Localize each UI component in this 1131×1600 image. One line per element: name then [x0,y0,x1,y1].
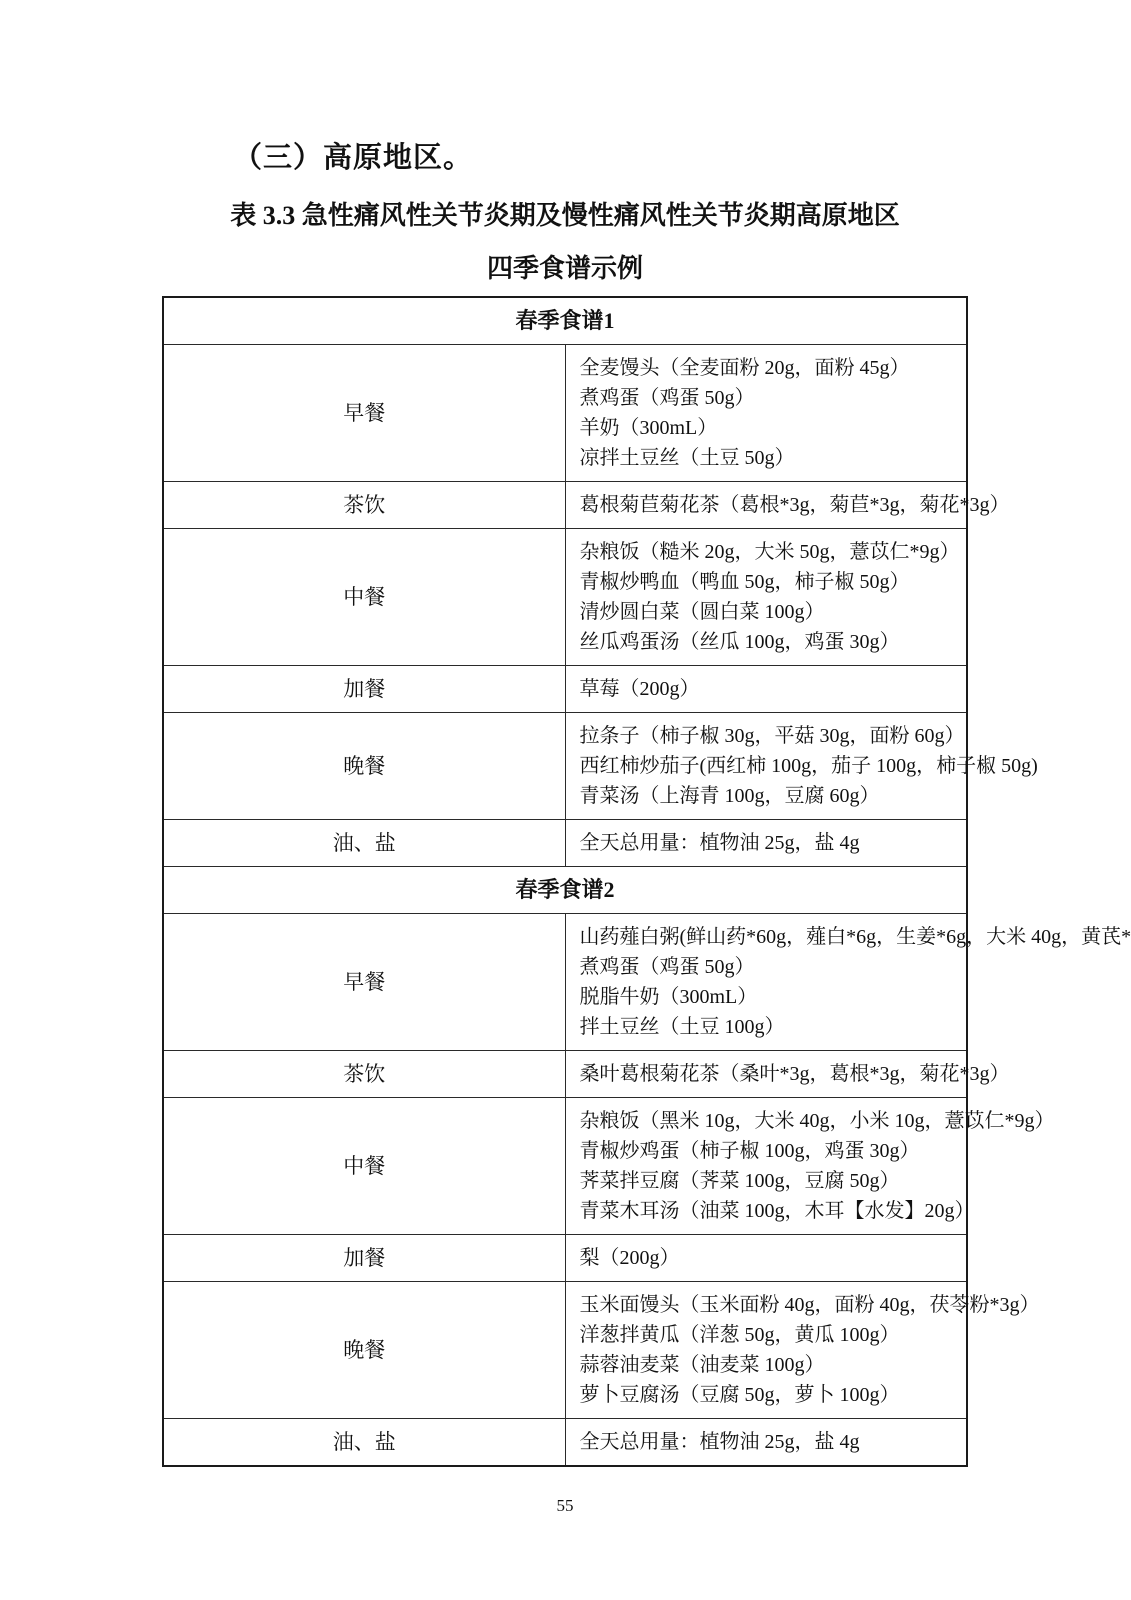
meal-content: 梨（200g） [565,1235,967,1282]
meal-row: 加餐草莓（200g） [163,666,967,713]
menu-table: 春季食谱1早餐全麦馒头（全麦面粉 20g，面粉 45g）煮鸡蛋（鸡蛋 50g）羊… [162,296,968,1467]
meal-content: 玉米面馒头（玉米面粉 40g，面粉 40g，茯苓粉*3g）洋葱拌黄瓜（洋葱 50… [565,1282,967,1419]
meal-content: 全麦馒头（全麦面粉 20g，面粉 45g）煮鸡蛋（鸡蛋 50g）羊奶（300mL… [565,345,967,482]
dish-line: 拌土豆丝（土豆 100g） [580,1012,961,1042]
dish-line: 全麦馒头（全麦面粉 20g，面粉 45g） [580,353,961,383]
dish-line: 青菜木耳汤（油菜 100g，木耳【水发】20g） [580,1196,961,1226]
meal-content: 杂粮饭（黑米 10g，大米 40g，小米 10g，薏苡仁*9g）青椒炒鸡蛋（柿子… [565,1098,967,1235]
meal-row: 晚餐玉米面馒头（玉米面粉 40g，面粉 40g，茯苓粉*3g）洋葱拌黄瓜（洋葱 … [163,1282,967,1419]
meal-label: 中餐 [163,529,565,666]
dish-line: 煮鸡蛋（鸡蛋 50g） [580,383,961,413]
meal-label: 茶饮 [163,482,565,529]
meal-label: 晚餐 [163,713,565,820]
meal-row: 晚餐拉条子（柿子椒 30g，平菇 30g，面粉 60g）西红柿炒茄子(西红柿 1… [163,713,967,820]
dish-line: 杂粮饭（黑米 10g，大米 40g，小米 10g，薏苡仁*9g） [580,1106,961,1136]
table-caption-line1: 表 3.3 急性痛风性关节炎期及慢性痛风性关节炎期高原地区 [162,200,968,232]
meal-label: 中餐 [163,1098,565,1235]
menu-section-title: 春季食谱1 [163,297,967,345]
dish-line: 丝瓜鸡蛋汤（丝瓜 100g，鸡蛋 30g） [580,627,961,657]
dish-line: 全天总用量：植物油 25g，盐 4g [580,1427,961,1457]
dish-line: 清炒圆白菜（圆白菜 100g） [580,597,961,627]
meal-label: 油、盐 [163,820,565,867]
menu-section-title: 春季食谱2 [163,867,967,914]
section-heading: （三）高原地区。 [0,0,1131,176]
dish-line: 煮鸡蛋（鸡蛋 50g） [580,952,961,982]
meal-label: 加餐 [163,1235,565,1282]
meal-content: 拉条子（柿子椒 30g，平菇 30g，面粉 60g）西红柿炒茄子(西红柿 100… [565,713,967,820]
meal-content: 山药薤白粥(鲜山药*60g，薤白*6g，生姜*6g，大米 40g，黄芪*9g)煮… [565,914,967,1051]
meal-label: 早餐 [163,345,565,482]
meal-row: 中餐杂粮饭（糙米 20g，大米 50g，薏苡仁*9g）青椒炒鸭血（鸭血 50g，… [163,529,967,666]
dish-line: 荠菜拌豆腐（荠菜 100g，豆腐 50g） [580,1166,961,1196]
dish-line: 洋葱拌黄瓜（洋葱 50g，黄瓜 100g） [580,1320,961,1350]
meal-content: 桑叶葛根菊花茶（桑叶*3g，葛根*3g，菊花*3g） [565,1051,967,1098]
meal-row: 油、盐全天总用量：植物油 25g，盐 4g [163,820,967,867]
menu-table-body: 春季食谱1早餐全麦馒头（全麦面粉 20g，面粉 45g）煮鸡蛋（鸡蛋 50g）羊… [163,297,967,1466]
meal-label: 早餐 [163,914,565,1051]
dish-line: 桑叶葛根菊花茶（桑叶*3g，葛根*3g，菊花*3g） [580,1059,961,1089]
meal-label: 加餐 [163,666,565,713]
meal-row: 早餐山药薤白粥(鲜山药*60g，薤白*6g，生姜*6g，大米 40g，黄芪*9g… [163,914,967,1051]
meal-row: 加餐梨（200g） [163,1235,967,1282]
dish-line: 羊奶（300mL） [580,413,961,443]
meal-label: 晚餐 [163,1282,565,1419]
dish-line: 青椒炒鸭血（鸭血 50g，柿子椒 50g） [580,567,961,597]
menu-section-header-row: 春季食谱1 [163,297,967,345]
meal-row: 中餐杂粮饭（黑米 10g，大米 40g，小米 10g，薏苡仁*9g）青椒炒鸡蛋（… [163,1098,967,1235]
meal-row: 油、盐全天总用量：植物油 25g，盐 4g [163,1419,967,1467]
meal-content: 葛根菊苣菊花茶（葛根*3g，菊苣*3g，菊花*3g） [565,482,967,529]
dish-line: 蒜蓉油麦菜（油麦菜 100g） [580,1350,961,1380]
dish-line: 凉拌土豆丝（土豆 50g） [580,443,961,473]
dish-line: 葛根菊苣菊花茶（葛根*3g，菊苣*3g，菊花*3g） [580,490,961,520]
meal-row: 茶饮葛根菊苣菊花茶（葛根*3g，菊苣*3g，菊花*3g） [163,482,967,529]
meal-content: 全天总用量：植物油 25g，盐 4g [565,1419,967,1467]
page-number: 55 [162,1495,968,1517]
dish-line: 梨（200g） [580,1243,961,1273]
table-caption: 表 3.3 急性痛风性关节炎期及慢性痛风性关节炎期高原地区 四季食谱示例 [162,200,968,285]
dish-line: 拉条子（柿子椒 30g，平菇 30g，面粉 60g） [580,721,961,751]
meal-label: 油、盐 [163,1419,565,1467]
dish-line: 青菜汤（上海青 100g，豆腐 60g） [580,781,961,811]
dish-line: 全天总用量：植物油 25g，盐 4g [580,828,961,858]
meal-content: 杂粮饭（糙米 20g，大米 50g，薏苡仁*9g）青椒炒鸭血（鸭血 50g，柿子… [565,529,967,666]
dish-line: 草莓（200g） [580,674,961,704]
document-page: （三）高原地区。 表 3.3 急性痛风性关节炎期及慢性痛风性关节炎期高原地区 四… [0,0,1131,1600]
dish-line: 西红柿炒茄子(西红柿 100g，茄子 100g，柿子椒 50g) [580,751,961,781]
table-caption-line2: 四季食谱示例 [162,253,968,285]
dish-line: 青椒炒鸡蛋（柿子椒 100g，鸡蛋 30g） [580,1136,961,1166]
dish-line: 脱脂牛奶（300mL） [580,982,961,1012]
menu-section-header-row: 春季食谱2 [163,867,967,914]
dish-line: 玉米面馒头（玉米面粉 40g，面粉 40g，茯苓粉*3g） [580,1290,961,1320]
meal-content: 全天总用量：植物油 25g，盐 4g [565,820,967,867]
dish-line: 萝卜豆腐汤（豆腐 50g，萝卜 100g） [580,1380,961,1410]
meal-label: 茶饮 [163,1051,565,1098]
dish-line: 杂粮饭（糙米 20g，大米 50g，薏苡仁*9g） [580,537,961,567]
meal-content: 草莓（200g） [565,666,967,713]
meal-row: 早餐全麦馒头（全麦面粉 20g，面粉 45g）煮鸡蛋（鸡蛋 50g）羊奶（300… [163,345,967,482]
meal-row: 茶饮桑叶葛根菊花茶（桑叶*3g，葛根*3g，菊花*3g） [163,1051,967,1098]
dish-line: 山药薤白粥(鲜山药*60g，薤白*6g，生姜*6g，大米 40g，黄芪*9g) [580,922,961,952]
